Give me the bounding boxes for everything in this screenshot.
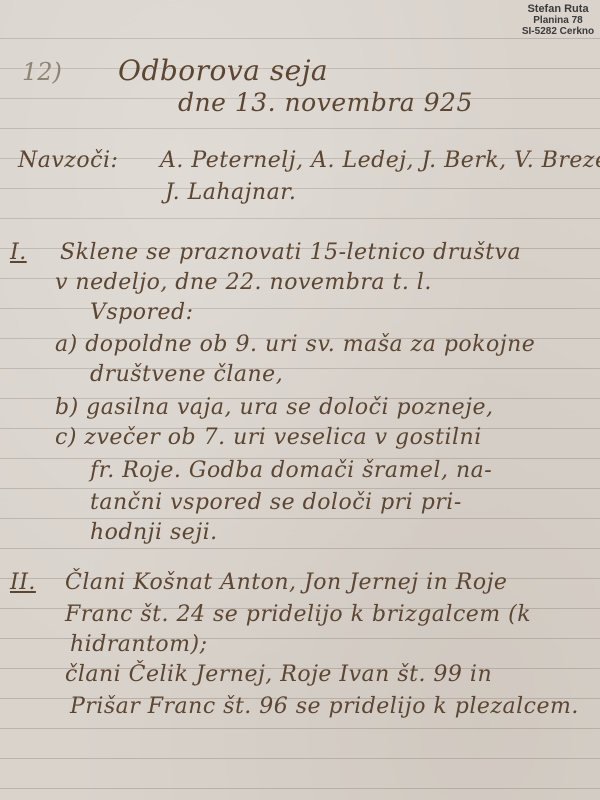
program-item-c-line-4: hodnji seji.: [90, 520, 218, 545]
section-2-line-2: Franc št. 24 se pridelijo k brizgalcem (…: [65, 602, 531, 627]
program-label: Vspored:: [90, 300, 194, 325]
page-title: Odborova seja: [118, 54, 328, 87]
section-1-line-2: v nedeljo, dne 22. novembra t. l.: [55, 270, 432, 295]
section-1-line-1: Sklene se praznovati 15-letnico društva: [60, 240, 521, 265]
stamp-address: Planina 78: [516, 15, 600, 26]
program-item-c-line-2: fr. Roje. Godba domači šramel, na-: [90, 458, 492, 483]
stamp-postcode: SI-5282 Cerkno: [516, 26, 600, 37]
meeting-date: dne 13. novembra 925: [178, 88, 473, 117]
attendees-label: Navzoči:: [18, 148, 118, 173]
stamp-name: Stefan Ruta: [516, 4, 600, 15]
section-2-line-5: Prišar Franc št. 96 se pridelijo k pleza…: [70, 694, 579, 719]
section-2-line-3: hidrantom);: [70, 632, 208, 657]
attendees-line-2: J. Lahajnar.: [165, 180, 296, 205]
program-item-c-line-3: tančni vspored se določi pri pri-: [90, 490, 462, 515]
program-item-c-line-1: c) zvečer ob 7. uri veselica v gostilni: [55, 425, 482, 450]
section-2-line-4: člani Čelik Jernej, Roje Ivan št. 99 in: [65, 662, 492, 687]
section-1-numeral: I.: [10, 240, 27, 265]
program-item-a-line-2: društvene člane,: [90, 362, 283, 387]
section-2-line-1: Člani Košnat Anton, Jon Jernej in Roje: [65, 570, 507, 595]
attendees-line-1: A. Peternelj, A. Ledej, J. Berk, V. Brez…: [160, 148, 600, 173]
entry-number: 12): [22, 58, 62, 86]
program-item-b-line-1: b) gasilna vaja, ura se določi pozneje,: [55, 395, 493, 420]
program-item-a-line-1: a) dopoldne ob 9. uri sv. maša za pokojn…: [55, 332, 535, 357]
owner-stamp: Stefan Ruta Planina 78 SI-5282 Cerkno: [516, 4, 600, 37]
section-2-numeral: II.: [10, 570, 36, 595]
